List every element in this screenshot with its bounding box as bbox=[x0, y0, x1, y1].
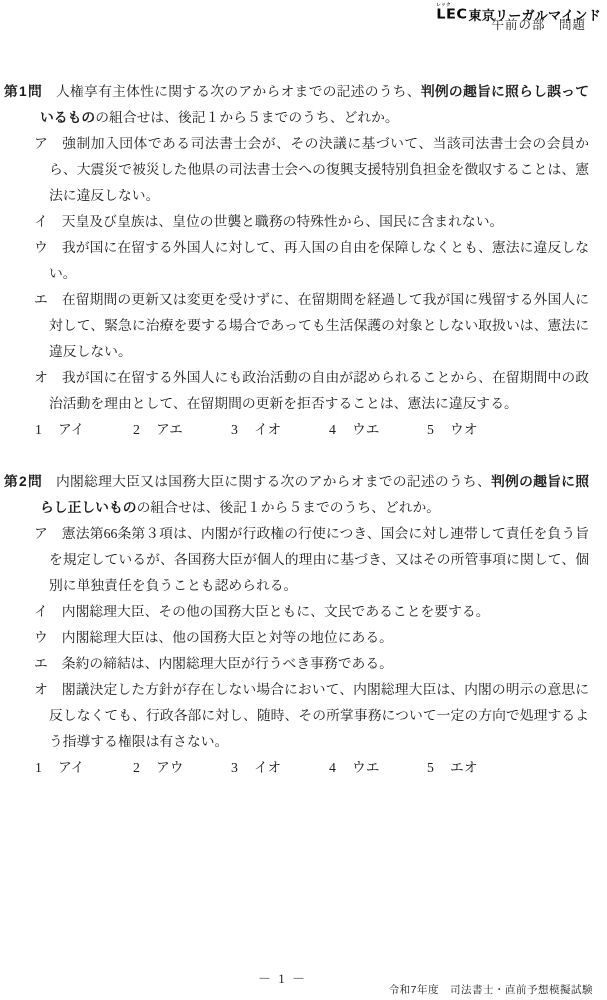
option-letter: イ bbox=[34, 214, 48, 229]
choice-item: 4ウエ bbox=[329, 755, 427, 781]
exam-page: レック LEC 東京リーガルマインド 午前の部 問題 第1問人権享有主体性に関す… bbox=[0, 0, 607, 1000]
choice-pair: エオ bbox=[450, 760, 478, 775]
option-row: イ内閣総理大臣、その他の国務大臣ともに、文民であることを要する。 bbox=[0, 599, 589, 625]
exam-title: 令和7年度 司法書士・直前予想模擬試験 bbox=[389, 984, 593, 996]
stem-text-segment: 内閣総理大臣又は国務大臣に関する次のアからオまでの記述のうち、 bbox=[56, 474, 491, 489]
choice-pair: アウ bbox=[156, 760, 184, 775]
choice-pair: ウオ bbox=[450, 422, 478, 437]
option-letter: ウ bbox=[34, 630, 48, 645]
session-label: 午前の部 問題 bbox=[491, 17, 586, 33]
option-letter: エ bbox=[34, 656, 48, 671]
option-letter: ア bbox=[34, 526, 48, 541]
stem-text-segment: の組合せは、後記１から５までのうち、どれか。 bbox=[137, 500, 441, 515]
lec-logo-mark: レック LEC bbox=[436, 3, 467, 22]
option-row: エ在留期間の更新又は変更を受けずに、在留期間を経過して我が国に残留する外国人に対… bbox=[0, 287, 589, 365]
question-number-label: 第1問 bbox=[4, 84, 43, 99]
choice-number: 4 bbox=[329, 755, 352, 781]
option-row: イ天皇及び皇族は、皇位の世襲と職務の特殊性から、国民に含まれない。 bbox=[0, 209, 589, 235]
option-text: 強制加入団体である司法書士会が、その決議に基づいて、当該司法書士会の会員から、大… bbox=[49, 136, 589, 203]
choice-number: 3 bbox=[231, 417, 254, 443]
question-number-label: 第2問 bbox=[4, 474, 43, 489]
option-text: 内閣総理大臣、その他の国務大臣ともに、文民であることを要する。 bbox=[62, 604, 490, 619]
choice-number: 3 bbox=[231, 755, 254, 781]
option-letter: ア bbox=[34, 136, 48, 151]
answer-choices-row: 1アイ2アエ3イオ4ウエ5ウオ bbox=[0, 417, 589, 443]
option-text: 閣議決定した方針が存在しない場合において、内閣総理大臣は、内閣の明示の意思に反し… bbox=[49, 682, 589, 749]
choice-item: 1アイ bbox=[35, 417, 133, 443]
choice-pair: イオ bbox=[254, 422, 281, 437]
question-2: 第2問内閣総理大臣又は国務大臣に関する次のアからオまでの記述のうち、判例の趣旨に… bbox=[0, 469, 589, 781]
choice-pair: アイ bbox=[58, 760, 84, 775]
question-stem: 第1問人権享有主体性に関する次のアからオまでの記述のうち、判例の趣旨に照らし誤っ… bbox=[0, 79, 589, 131]
option-letter: エ bbox=[34, 292, 48, 307]
option-letter: ウ bbox=[34, 240, 48, 255]
choice-item: 1アイ bbox=[35, 755, 133, 781]
option-row: エ条約の締結は、内閣総理大臣が行うべき事務である。 bbox=[0, 651, 589, 677]
choice-pair: アエ bbox=[156, 422, 183, 437]
stem-text-segment: の組合せは、後記１から５までのうち、どれか。 bbox=[95, 110, 399, 125]
choice-number: 4 bbox=[329, 417, 352, 443]
option-row: ウ我が国に在留する外国人に対して、再入国の自由を保障しなくとも、憲法に違反しない… bbox=[0, 235, 589, 287]
choice-item: 3イオ bbox=[231, 417, 329, 443]
choice-number: 5 bbox=[427, 755, 450, 781]
question-1: 第1問人権享有主体性に関する次のアからオまでの記述のうち、判例の趣旨に照らし誤っ… bbox=[0, 79, 589, 443]
choice-pair: アイ bbox=[58, 422, 84, 437]
option-row: ア強制加入団体である司法書士会が、その決議に基づいて、当該司法書士会の会員から、… bbox=[0, 131, 589, 209]
option-text: 条約の締結は、内閣総理大臣が行うべき事務である。 bbox=[62, 656, 393, 671]
option-row: オ閣議決定した方針が存在しない場合において、内閣総理大臣は、内閣の明示の意思に反… bbox=[0, 677, 589, 755]
choice-pair: ウエ bbox=[352, 422, 380, 437]
choice-pair: ウエ bbox=[352, 760, 380, 775]
questions-container: 第1問人権享有主体性に関する次のアからオまでの記述のうち、判例の趣旨に照らし誤っ… bbox=[0, 79, 589, 781]
choice-number: 1 bbox=[35, 417, 58, 443]
option-text: 天皇及び皇族は、皇位の世襲と職務の特殊性から、国民に含まれない。 bbox=[62, 214, 504, 229]
option-letter: オ bbox=[34, 682, 48, 697]
choice-number: 1 bbox=[35, 755, 58, 781]
option-letter: オ bbox=[34, 370, 48, 385]
choice-item: 2アウ bbox=[133, 755, 231, 781]
choice-item: 3イオ bbox=[231, 755, 329, 781]
option-row: オ我が国に在留する外国人にも政治活動の自由が認められることから、在留期間中の政治… bbox=[0, 365, 589, 417]
option-row: ア憲法第66条第３項は、内閣が行政権の行使につき、国会に対し連帯して責任を負う旨… bbox=[0, 521, 589, 599]
option-text: 我が国に在留する外国人に対して、再入国の自由を保障しなくとも、憲法に違反しない。 bbox=[49, 240, 589, 281]
choice-item: 5エオ bbox=[427, 755, 525, 781]
lec-logo-letters: LEC bbox=[436, 8, 467, 21]
option-text: 内閣総理大臣は、他の国務大臣と対等の地位にある。 bbox=[62, 630, 393, 645]
option-text: 我が国に在留する外国人にも政治活動の自由が認められることから、在留期間中の政治活… bbox=[49, 370, 589, 411]
choice-number: 5 bbox=[427, 417, 450, 443]
option-letter: イ bbox=[34, 604, 48, 619]
option-row: ウ内閣総理大臣は、他の国務大臣と対等の地位にある。 bbox=[0, 625, 589, 651]
choice-item: 4ウエ bbox=[329, 417, 427, 443]
choice-item: 5ウオ bbox=[427, 417, 525, 443]
option-text: 憲法第66条第３項は、内閣が行政権の行使につき、国会に対し連帯して責任を負う旨を… bbox=[49, 526, 589, 593]
stem-text-segment: 人権享有主体性に関する次のアからオまでの記述のうち、 bbox=[56, 84, 421, 99]
choice-pair: イオ bbox=[254, 760, 281, 775]
choice-number: 2 bbox=[133, 755, 156, 781]
choice-item: 2アエ bbox=[133, 417, 231, 443]
choice-number: 2 bbox=[133, 417, 156, 443]
option-text: 在留期間の更新又は変更を受けずに、在留期間を経過して我が国に残留する外国人に対し… bbox=[49, 292, 589, 359]
question-stem: 第2問内閣総理大臣又は国務大臣に関する次のアからオまでの記述のうち、判例の趣旨に… bbox=[0, 469, 589, 521]
answer-choices-row: 1アイ2アウ3イオ4ウエ5エオ bbox=[0, 755, 589, 781]
